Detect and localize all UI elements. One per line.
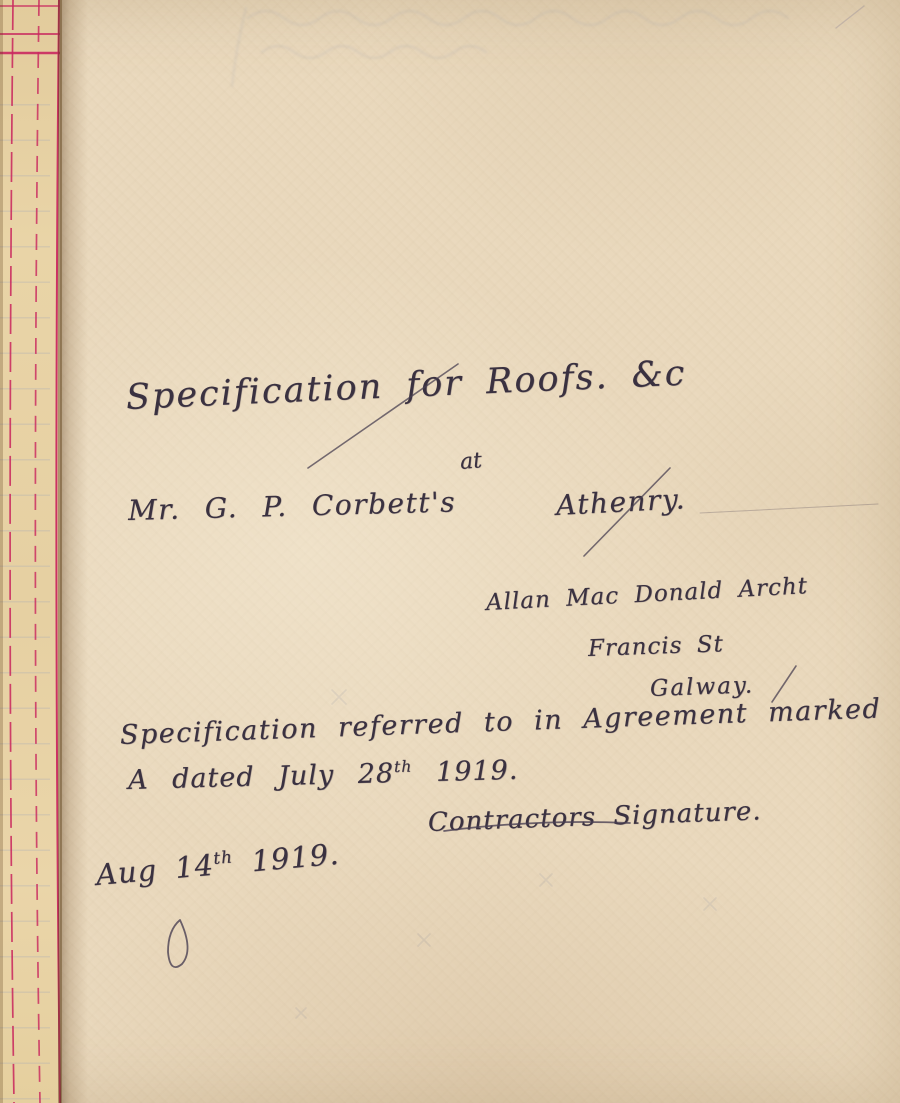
ledger-binding-strip bbox=[0, 0, 62, 1103]
ink-bleedthrough-ghost bbox=[0, 0, 900, 120]
agreement-date-text: A dated July 28 bbox=[128, 758, 395, 796]
architect-street: Francis St bbox=[588, 631, 725, 662]
binding-fold-shadow bbox=[58, 0, 88, 1103]
client-name: Mr. G. P. Corbett's bbox=[128, 485, 457, 527]
agreement-date-year: 1919. bbox=[412, 755, 519, 789]
agreement-date-ordinal: th bbox=[394, 757, 413, 776]
agreement-reference-line: Specification referred to in Agreement m… bbox=[119, 693, 881, 751]
document-date-text: Aug 14 bbox=[95, 848, 216, 892]
contractor-signature-label: Contractors Signature. bbox=[427, 796, 762, 838]
agreement-date-line: A dated July 28th 1919. bbox=[128, 754, 519, 796]
client-town: Athenry. bbox=[555, 482, 687, 522]
document-date: Aug 14th 1919. bbox=[95, 837, 341, 892]
at-word: at bbox=[459, 448, 483, 475]
pen-stroke-marks bbox=[0, 0, 900, 1103]
scanned-document-page: Specification for Roofs. &c at Mr. G. P.… bbox=[0, 0, 900, 1103]
document-date-ordinal: th bbox=[212, 846, 233, 868]
architect-name: Allan Mac Donald Archt bbox=[485, 573, 808, 616]
ledger-pink-ruling bbox=[0, 0, 62, 1103]
pencil-mark-top-right bbox=[836, 6, 864, 28]
document-title: Specification for Roofs. &c bbox=[125, 354, 687, 418]
document-date-year: 1919. bbox=[232, 837, 341, 880]
page-left-edge bbox=[0, 0, 3, 1103]
